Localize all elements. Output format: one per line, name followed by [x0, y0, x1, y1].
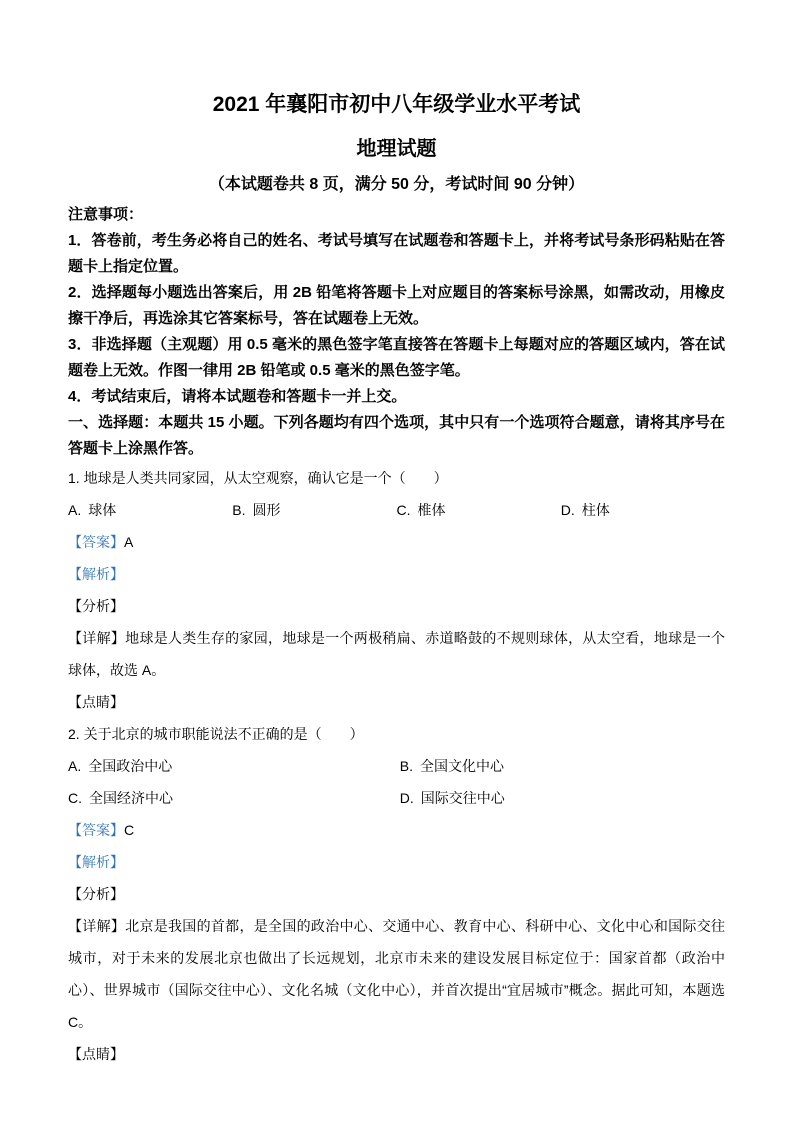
option-label: B.	[232, 502, 245, 518]
question-2-dianjing-label: 【点睛】	[68, 1038, 725, 1070]
option-text: 柱体	[582, 502, 610, 518]
answer-label: 【答案】	[68, 822, 124, 838]
xiangjie-text: 地球是人类生存的家园，地球是一个两极稍扁、赤道略鼓的不规则球体，从太空看，地球是…	[68, 630, 725, 678]
option-label: A.	[68, 502, 81, 518]
option-label: B.	[400, 758, 413, 774]
question-2-stem: 2. 关于北京的城市职能说法不正确的是（ ）	[68, 718, 725, 750]
document-page: 2021 年襄阳市初中八年级学业水平考试 地理试题 （本试题卷共 8 页，满分 …	[0, 0, 793, 1122]
page-title: 2021 年襄阳市初中八年级学业水平考试	[68, 92, 725, 118]
option-text: 球体	[88, 502, 116, 518]
option-text: 圆形	[252, 502, 280, 518]
option-label: D.	[561, 502, 575, 518]
option-text: 国际交往中心	[421, 790, 505, 806]
question-1-option-d: D.柱体	[561, 494, 725, 526]
option-text: 全国文化中心	[420, 758, 504, 774]
notice-item-1: 1．答卷前，考生务必将自己的姓名、考试号填写在试题卷和答题卡上，并将考试号条形码…	[68, 228, 725, 280]
notice-item-3: 3．非选择题（主观题）用 0.5 毫米的黑色签字笔直接答在答题卡上每题对应的答题…	[68, 332, 725, 384]
option-text: 全国经济中心	[89, 790, 173, 806]
question-1-jiexi-label: 【解析】	[68, 558, 725, 590]
question-1-detail: 【详解】地球是人类生存的家园，地球是一个两极稍扁、赤道略鼓的不规则球体，从太空看…	[68, 622, 725, 686]
question-2-detail: 【详解】北京是我国的首都，是全国的政治中心、交通中心、教育中心、科研中心、文化中…	[68, 910, 725, 1038]
question-2-options-row-1: A.全国政治中心 B.全国文化中心	[68, 750, 725, 782]
xiangjie-label: 【详解】	[68, 630, 125, 646]
question-1-option-c: C.椎体	[397, 494, 561, 526]
question-2-answer-line: 【答案】C	[68, 814, 725, 846]
notice-item-2: 2．选择题每小题选出答案后，用 2B 铅笔将答题卡上对应题目的答案标号涂黑，如需…	[68, 280, 725, 332]
xiangjie-text: 北京是我国的首都，是全国的政治中心、交通中心、教育中心、科研中心、文化中心和国际…	[68, 918, 725, 1030]
question-2-option-a: A.全国政治中心	[68, 750, 400, 782]
question-1-answer-line: 【答案】A	[68, 526, 725, 558]
exam-meta: （本试题卷共 8 页，满分 50 分，考试时间 90 分钟）	[68, 174, 725, 196]
question-2-options-row-2: C.全国经济中心 D.国际交往中心	[68, 782, 725, 814]
notices-block: 注意事项： 1．答卷前，考生务必将自己的姓名、考试号填写在试题卷和答题卡上，并将…	[68, 202, 725, 462]
question-2-option-d: D.国际交往中心	[400, 782, 725, 814]
notice-item-4: 4．考试结束后，请将本试题卷和答题卡一并上交。	[68, 384, 725, 410]
option-text: 椎体	[418, 502, 446, 518]
question-2-option-b: B.全国文化中心	[400, 750, 725, 782]
option-label: C.	[397, 502, 411, 518]
question-1-fenxi-label: 【分析】	[68, 590, 725, 622]
xiangjie-label: 【详解】	[68, 918, 125, 934]
option-text: 全国政治中心	[88, 758, 172, 774]
question-1-option-a: A.球体	[68, 494, 232, 526]
answer-label: 【答案】	[68, 534, 124, 550]
question-2-jiexi-label: 【解析】	[68, 846, 725, 878]
option-label: D.	[400, 790, 414, 806]
question-1-option-b: B.圆形	[232, 494, 396, 526]
question-2-fenxi-label: 【分析】	[68, 878, 725, 910]
question-2-option-c: C.全国经济中心	[68, 782, 400, 814]
notices-heading: 注意事项：	[68, 202, 725, 228]
option-label: A.	[68, 758, 81, 774]
question-1: 1. 地球是人类共同家园，从太空观察，确认它是一个（ ） A.球体 B.圆形 C…	[68, 462, 725, 718]
section-one-heading: 一、选择题：本题共 15 小题。下列各题均有四个选项，其中只有一个选项符合题意，…	[68, 410, 725, 462]
question-1-stem: 1. 地球是人类共同家园，从太空观察，确认它是一个（ ）	[68, 462, 725, 494]
answer-value: A	[124, 534, 133, 550]
answer-value: C	[124, 822, 134, 838]
question-2: 2. 关于北京的城市职能说法不正确的是（ ） A.全国政治中心 B.全国文化中心…	[68, 718, 725, 1070]
question-1-dianjing-label: 【点睛】	[68, 686, 725, 718]
question-1-options: A.球体 B.圆形 C.椎体 D.柱体	[68, 494, 725, 526]
page-subtitle: 地理试题	[68, 136, 725, 162]
questions-area: 1. 地球是人类共同家园，从太空观察，确认它是一个（ ） A.球体 B.圆形 C…	[68, 462, 725, 1070]
option-label: C.	[68, 790, 82, 806]
